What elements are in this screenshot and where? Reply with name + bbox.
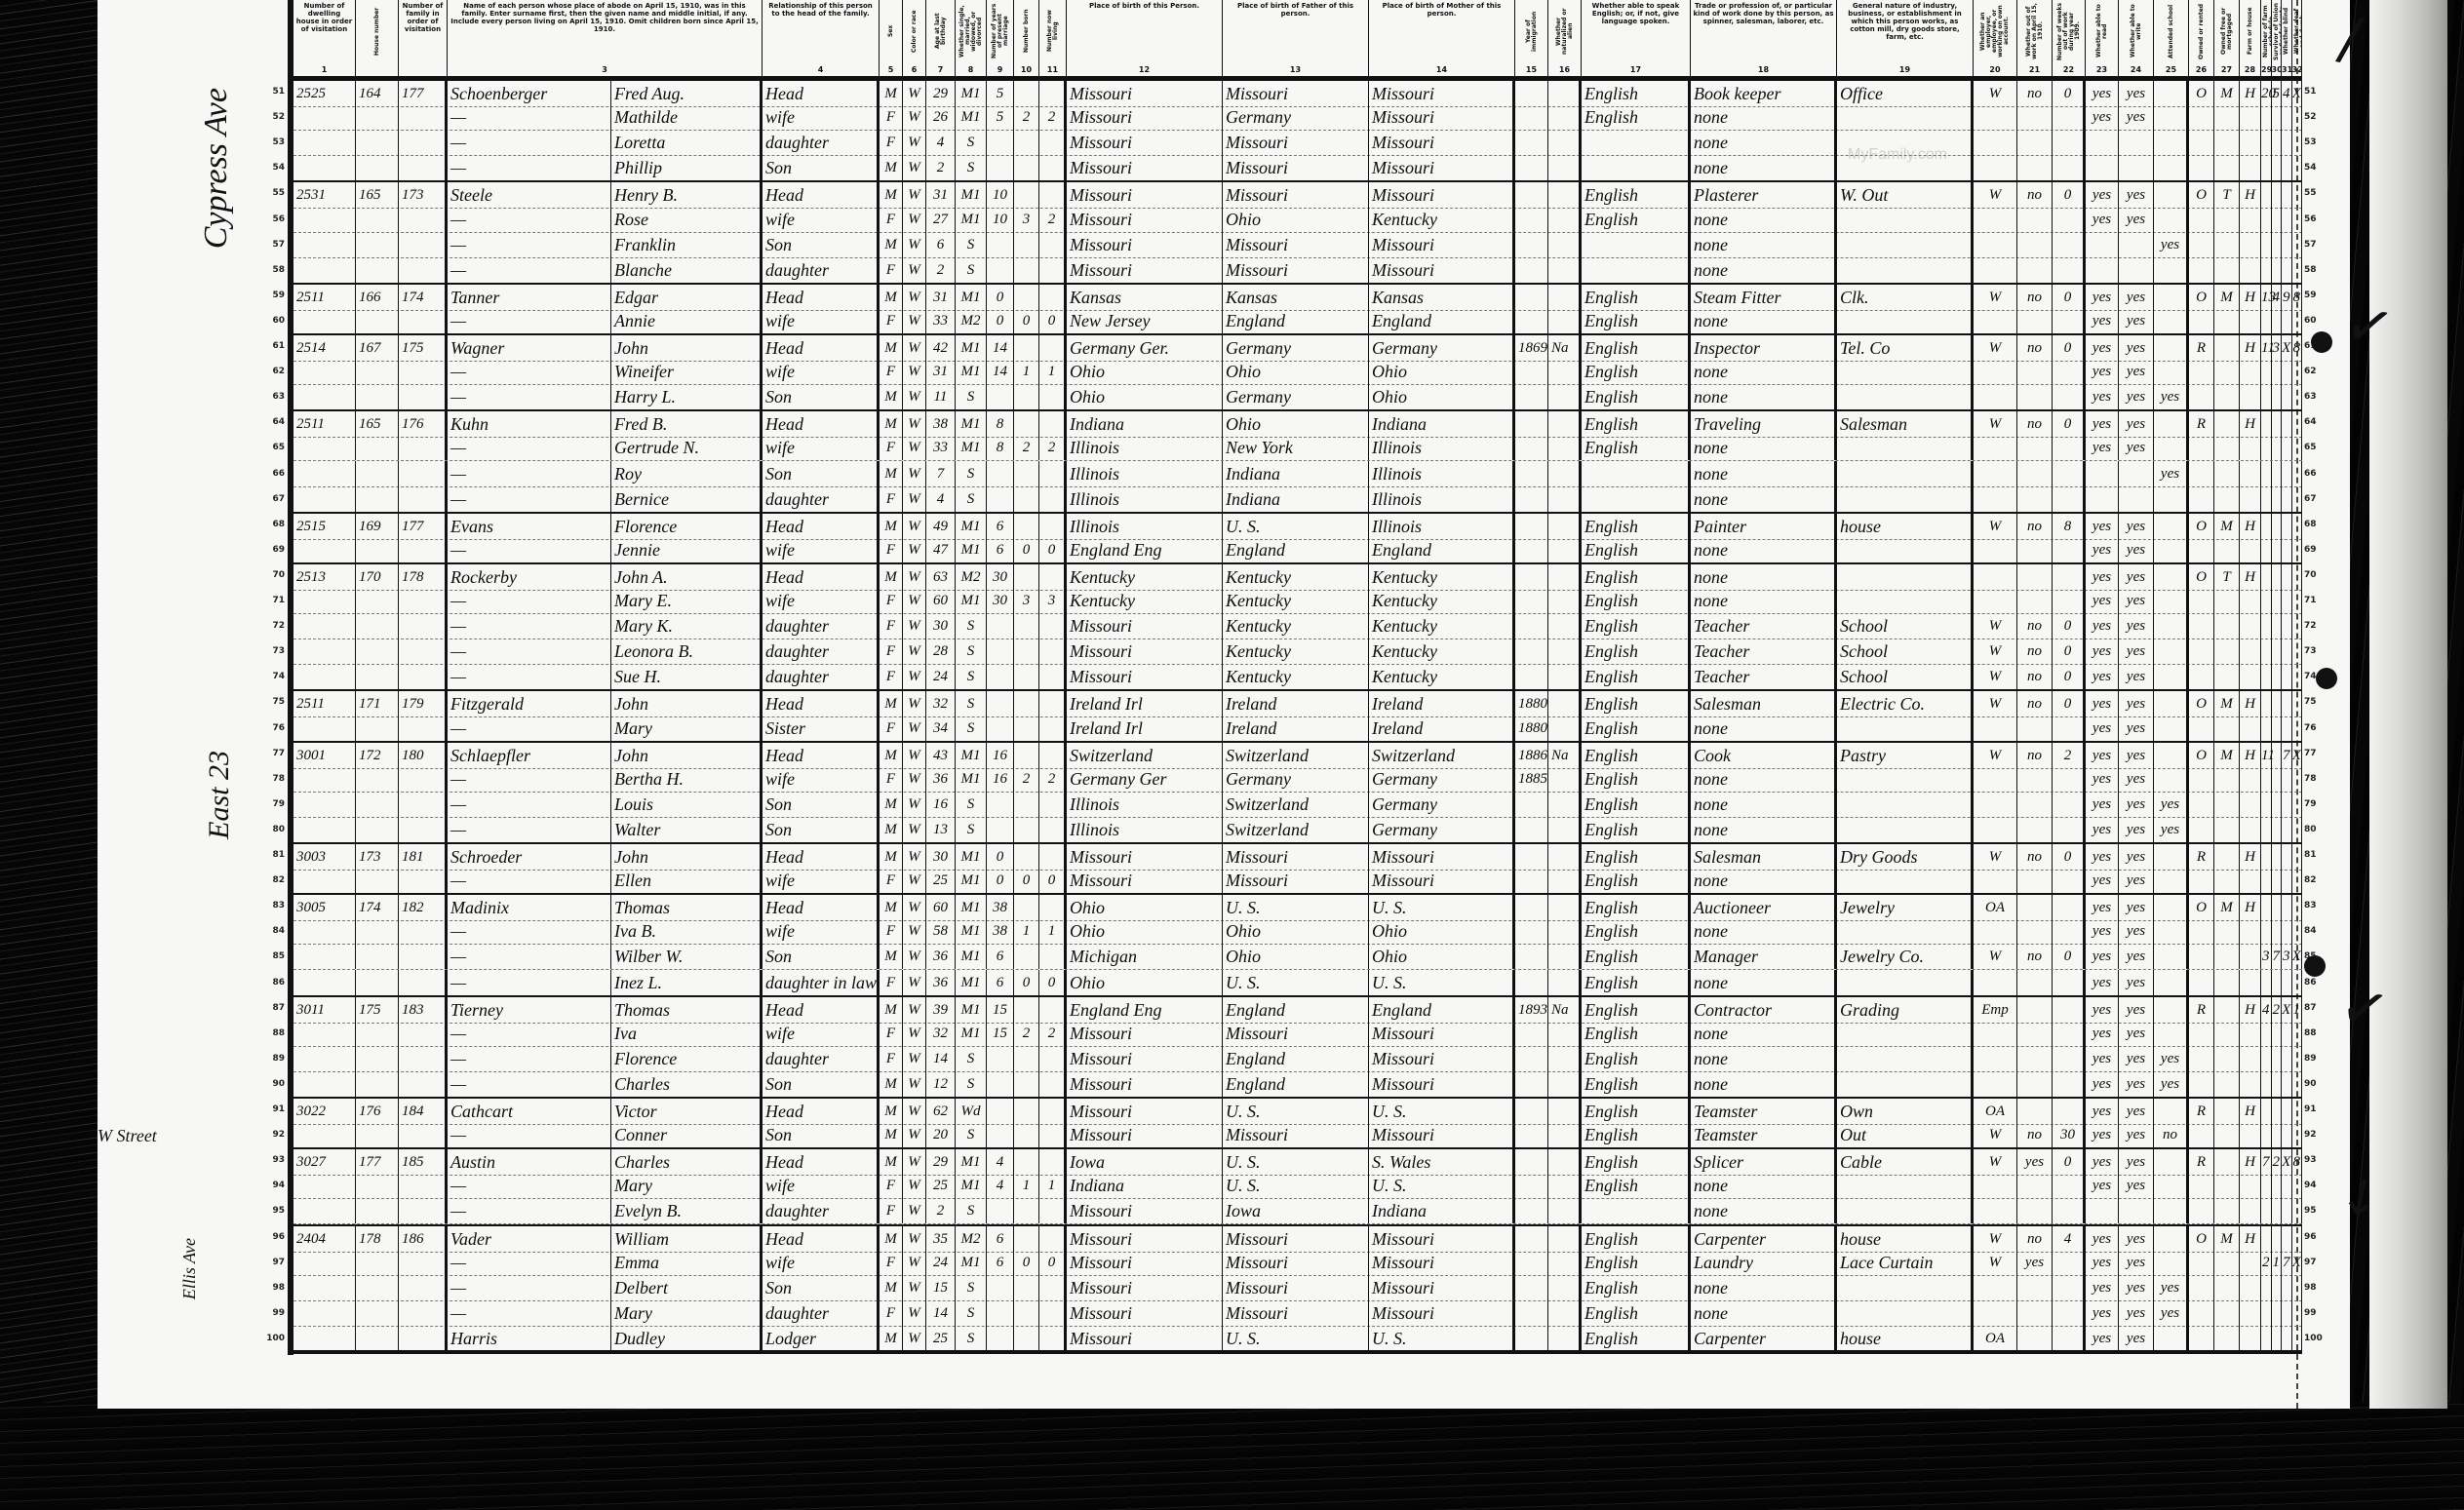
cell-living: 1	[1039, 1173, 1067, 1198]
cell-mbp: Missouri	[1369, 1226, 1515, 1252]
cell-out: no	[2017, 613, 2053, 639]
cell-fh: H	[2240, 514, 2261, 539]
cell-sch: yes	[2154, 1071, 2189, 1097]
cell-nat	[1548, 384, 1582, 409]
cell-occ: Traveling	[1691, 411, 1837, 437]
cell-emp: W	[1974, 743, 2017, 768]
cell-blind	[2282, 1173, 2292, 1198]
cell-mar: S	[956, 1071, 987, 1097]
cell-ind: Salesman	[1837, 411, 1974, 437]
cell-occ: Cook	[1691, 743, 1837, 768]
cell-bp: Missouri	[1067, 1099, 1223, 1124]
cell-eng: English	[1582, 918, 1691, 944]
street-note-w: W Street	[98, 1126, 157, 1146]
cell-bp: Missouri	[1067, 232, 1223, 257]
column-header-20: Whether an employer, employee, or workin…	[1974, 0, 2017, 76]
cell-race: W	[903, 232, 926, 257]
cell-occ: Manager	[1691, 944, 1837, 969]
column-header-26: Owned or rented26	[2189, 0, 2214, 76]
cell-surname: —	[448, 613, 611, 639]
cell-blind	[2282, 1021, 2292, 1046]
cell-given: Florence	[611, 514, 763, 539]
cell-mar: M1	[956, 81, 987, 106]
cell-read: yes	[2086, 411, 2119, 437]
cell-visit	[399, 130, 448, 155]
cell-given: Mary	[611, 1173, 763, 1198]
cell-sched	[2261, 844, 2272, 870]
census-row: 2525164177SchoenbergerFred Aug.HeadMW29M…	[293, 79, 2302, 107]
cell-occ: none	[1691, 537, 1837, 562]
cell-fbp: Missouri	[1223, 182, 1369, 208]
cell-nat	[1548, 359, 1582, 384]
cell-age: 12	[926, 1071, 956, 1097]
cell-fam	[356, 486, 399, 512]
cell-nat	[1548, 285, 1582, 310]
line-number: 89	[254, 1054, 285, 1064]
cell-own	[2189, 461, 2214, 486]
cell-fh	[2240, 1326, 2261, 1351]
cell-dwell: 3005	[293, 895, 356, 920]
cell-deaf: X	[2292, 944, 2303, 969]
cell-bp: Illinois	[1067, 817, 1223, 842]
cell-fam	[356, 1046, 399, 1071]
cell-dwell	[293, 1021, 356, 1046]
cell-rel: Head	[763, 895, 880, 920]
cell-visit	[399, 817, 448, 842]
cell-fh: H	[2240, 895, 2261, 920]
cell-mar: M1	[956, 944, 987, 969]
cell-mbp: Missouri	[1369, 868, 1515, 893]
cell-vet	[2272, 613, 2283, 639]
cell-born: 0	[1014, 970, 1039, 995]
cell-nat	[1548, 691, 1582, 716]
cell-ind: house	[1837, 514, 1974, 539]
cell-fbp: Ohio	[1223, 207, 1369, 232]
cell-imm	[1515, 461, 1548, 486]
cell-visit: 184	[399, 1099, 448, 1124]
cell-dwell	[293, 130, 356, 155]
cell-vet	[2272, 461, 2283, 486]
cell-sex: M	[880, 1226, 903, 1252]
cell-ind	[1837, 716, 1974, 741]
cell-yrs: 15	[987, 1021, 1014, 1046]
column-header-4: Relationship of this person to the head …	[763, 0, 880, 76]
cell-fh	[2240, 308, 2261, 333]
cell-rel: Head	[763, 691, 880, 716]
cell-out	[2017, 207, 2053, 232]
cell-given: Henry B.	[611, 182, 763, 208]
cell-mort	[2214, 868, 2240, 893]
line-number: 93	[2304, 1155, 2335, 1165]
cell-fbp: Missouri	[1223, 130, 1369, 155]
cell-blind: 3	[2282, 944, 2292, 969]
cell-eng: English	[1582, 1250, 1691, 1275]
cell-fbp: New York	[1223, 435, 1369, 460]
cell-bp: Missouri	[1067, 182, 1223, 208]
cell-given: Charles	[611, 1071, 763, 1097]
cell-mort	[2214, 486, 2240, 512]
cell-fbp: Ireland	[1223, 716, 1369, 741]
cell-blind: 9	[2282, 285, 2292, 310]
cell-read: yes	[2086, 514, 2119, 539]
cell-occ: Teacher	[1691, 664, 1837, 689]
cell-bp: Illinois	[1067, 514, 1223, 539]
cell-nat	[1548, 868, 1582, 893]
cell-sex: M	[880, 335, 903, 361]
cell-mort	[2214, 817, 2240, 842]
cell-mort	[2214, 1046, 2240, 1071]
cell-emp: W	[1974, 1122, 2017, 1147]
cell-yrs	[987, 716, 1014, 741]
cell-wks: 0	[2053, 411, 2086, 437]
cell-write: yes	[2119, 792, 2154, 817]
column-number: 26	[2189, 66, 2213, 74]
cell-living	[1039, 486, 1067, 512]
cell-age: 2	[926, 1198, 956, 1223]
cell-out	[2017, 537, 2053, 562]
cell-surname: Evans	[448, 514, 611, 539]
cell-surname: —	[448, 1173, 611, 1198]
cell-living	[1039, 1046, 1067, 1071]
cell-rel: Head	[763, 182, 880, 208]
cell-sch	[2154, 359, 2189, 384]
cell-vet	[2272, 104, 2283, 130]
cell-deaf	[2292, 1275, 2303, 1300]
cell-mar: S	[956, 817, 987, 842]
cell-own	[2189, 1122, 2214, 1147]
cell-imm	[1515, 359, 1548, 384]
cell-born: 1	[1014, 359, 1039, 384]
cell-born: 1	[1014, 918, 1039, 944]
cell-given: Florence	[611, 1046, 763, 1071]
cell-visit	[399, 716, 448, 741]
cell-rel: wife	[763, 308, 880, 333]
line-number: 91	[2304, 1104, 2335, 1114]
cell-sch	[2154, 868, 2189, 893]
column-number: 3	[448, 66, 762, 74]
census-row: 2531165173SteeleHenry B.HeadMW31M110Miss…	[293, 180, 2302, 209]
line-number: 52	[254, 112, 285, 122]
cell-sch	[2154, 691, 2189, 716]
cell-bp: Ireland Irl	[1067, 716, 1223, 741]
cell-occ: none	[1691, 130, 1837, 155]
cell-mar: S	[956, 691, 987, 716]
column-header-label: Year of immigration	[1526, 2, 1538, 60]
line-number: 65	[2304, 443, 2335, 452]
punch-hole	[2316, 668, 2337, 689]
cell-fh	[2240, 130, 2261, 155]
cell-deaf	[2292, 182, 2303, 208]
cell-out	[2017, 716, 2053, 741]
cell-age: 24	[926, 1250, 956, 1275]
column-header-label: General nature of industry, business, or…	[1848, 2, 1962, 41]
column-header-label: Whether deaf and dumb	[2294, 2, 2303, 60]
cell-living: 2	[1039, 766, 1067, 792]
cell-eng: English	[1582, 664, 1691, 689]
cell-race: W	[903, 664, 926, 689]
cell-sex: F	[880, 359, 903, 384]
cell-age: 33	[926, 308, 956, 333]
cell-bp: Iowa	[1067, 1149, 1223, 1175]
cell-rel: wife	[763, 1021, 880, 1046]
cell-nat	[1548, 1046, 1582, 1071]
cell-imm	[1515, 1046, 1548, 1071]
cell-out: no	[2017, 411, 2053, 437]
cell-eng: English	[1582, 1173, 1691, 1198]
cell-race: W	[903, 588, 926, 613]
cell-born	[1014, 285, 1039, 310]
cell-occ: Laundry	[1691, 1250, 1837, 1275]
cell-living	[1039, 1149, 1067, 1175]
cell-yrs	[987, 1046, 1014, 1071]
cell-fh	[2240, 537, 2261, 562]
cell-sched	[2261, 1326, 2272, 1351]
cell-mbp: Missouri	[1369, 1300, 1515, 1326]
cell-deaf	[2292, 232, 2303, 257]
cell-living	[1039, 411, 1067, 437]
cell-own	[2189, 588, 2214, 613]
cell-mar: S	[956, 716, 987, 741]
cell-given: Mary K.	[611, 613, 763, 639]
cell-deaf	[2292, 817, 2303, 842]
cell-surname: —	[448, 232, 611, 257]
cell-sch	[2154, 766, 2189, 792]
cell-blind	[2282, 384, 2292, 409]
column-header-7: Age at last birthday7	[926, 0, 956, 76]
cell-mort	[2214, 664, 2240, 689]
cell-own	[2189, 1326, 2214, 1351]
cell-write: yes	[2119, 1226, 2154, 1252]
cell-ind	[1837, 104, 1974, 130]
cell-fh	[2240, 1275, 2261, 1300]
cell-living: 0	[1039, 1250, 1067, 1275]
cell-occ: none	[1691, 1173, 1837, 1198]
cell-mbp: Kentucky	[1369, 639, 1515, 664]
cell-read: yes	[2086, 743, 2119, 768]
cell-race: W	[903, 257, 926, 283]
cell-born	[1014, 743, 1039, 768]
cell-yrs: 6	[987, 944, 1014, 969]
line-number: 91	[254, 1104, 285, 1114]
census-row: 2511166174TannerEdgarHeadMW31M10KansasKa…	[293, 283, 2302, 311]
cell-nat	[1548, 1326, 1582, 1351]
cell-yrs: 15	[987, 997, 1014, 1023]
cell-sex: M	[880, 182, 903, 208]
cell-bp: Missouri	[1067, 1071, 1223, 1097]
cell-mort	[2214, 1326, 2240, 1351]
cell-age: 27	[926, 207, 956, 232]
cell-born	[1014, 639, 1039, 664]
cell-yrs: 30	[987, 588, 1014, 613]
cell-mar: M1	[956, 868, 987, 893]
cell-sch: yes	[2154, 1275, 2189, 1300]
cell-given: Louis	[611, 792, 763, 817]
census-row: —ConnerSonMW20SMissouriMissouriMissouriE…	[293, 1122, 2302, 1148]
cell-dwell	[293, 257, 356, 283]
cell-ind: School	[1837, 639, 1974, 664]
column-header-label: Farm or house	[2248, 2, 2253, 60]
line-number: 85	[254, 951, 285, 961]
cell-ind: School	[1837, 613, 1974, 639]
line-number: 98	[2304, 1283, 2335, 1293]
cell-living: 0	[1039, 868, 1067, 893]
cell-vet	[2272, 970, 2283, 995]
cell-deaf	[2292, 664, 2303, 689]
cell-living	[1039, 130, 1067, 155]
cell-mbp: England	[1369, 997, 1515, 1023]
cell-living	[1039, 664, 1067, 689]
cell-sex: F	[880, 868, 903, 893]
cell-occ: none	[1691, 359, 1837, 384]
cell-mbp: Ohio	[1369, 944, 1515, 969]
cell-blind: X	[2282, 335, 2292, 361]
cell-bp: Missouri	[1067, 639, 1223, 664]
cell-own	[2189, 359, 2214, 384]
cell-born: 0	[1014, 1250, 1039, 1275]
cell-fbp: Kentucky	[1223, 639, 1369, 664]
cell-race: W	[903, 792, 926, 817]
cell-emp: Emp	[1974, 997, 2017, 1023]
cell-write: yes	[2119, 285, 2154, 310]
census-row: —JenniewifeFW47M1600England EngEnglandEn…	[293, 537, 2302, 563]
cell-deaf: 8	[2292, 335, 2303, 361]
cell-write: yes	[2119, 918, 2154, 944]
census-row: 2513170178RockerbyJohn A.HeadMW63M230Ken…	[293, 562, 2302, 591]
cell-given: John	[611, 743, 763, 768]
cell-rel: daughter in law	[763, 970, 880, 995]
cell-vet	[2272, 1275, 2283, 1300]
cell-wks	[2053, 1275, 2086, 1300]
cell-own	[2189, 792, 2214, 817]
cell-mbp: Missouri	[1369, 257, 1515, 283]
cell-own: R	[2189, 844, 2214, 870]
cell-deaf	[2292, 486, 2303, 512]
cell-sex: M	[880, 461, 903, 486]
cell-bp: Missouri	[1067, 155, 1223, 180]
cell-sex: F	[880, 613, 903, 639]
cell-vet	[2272, 359, 2283, 384]
cell-mar: S	[956, 1300, 987, 1326]
cell-write: yes	[2119, 81, 2154, 106]
cell-fh	[2240, 1173, 2261, 1198]
cell-given: Rose	[611, 207, 763, 232]
column-header-label: Whether able to speak English; or, if no…	[1592, 2, 1680, 25]
cell-vet	[2272, 588, 2283, 613]
cell-fbp: Switzerland	[1223, 817, 1369, 842]
cell-living	[1039, 844, 1067, 870]
cell-born	[1014, 461, 1039, 486]
cell-nat	[1548, 435, 1582, 460]
cell-read: yes	[2086, 207, 2119, 232]
cell-mbp: Illinois	[1369, 514, 1515, 539]
cell-bp: Ohio	[1067, 384, 1223, 409]
cell-nat: Na	[1548, 335, 1582, 361]
line-number: 74	[254, 672, 285, 681]
cell-fbp: Missouri	[1223, 1122, 1369, 1147]
cell-fh: H	[2240, 564, 2261, 590]
cell-wks	[2053, 1250, 2086, 1275]
census-row: —MarywifeFW25M1411IndianaU. S.U. S.Engli…	[293, 1173, 2302, 1199]
cell-surname: —	[448, 817, 611, 842]
cell-mort	[2214, 716, 2240, 741]
cell-rel: wife	[763, 918, 880, 944]
cell-eng	[1582, 461, 1691, 486]
cell-bp: Missouri	[1067, 1250, 1223, 1275]
cell-vet	[2272, 1021, 2283, 1046]
cell-born: 3	[1014, 207, 1039, 232]
cell-fbp: Missouri	[1223, 257, 1369, 283]
cell-write: yes	[2119, 1275, 2154, 1300]
cell-given: Mathilde	[611, 104, 763, 130]
cell-mar: S	[956, 664, 987, 689]
cell-dwell	[293, 868, 356, 893]
cell-given: Dudley	[611, 1326, 763, 1351]
cell-ind	[1837, 1071, 1974, 1097]
line-number: 96	[254, 1232, 285, 1242]
cell-deaf	[2292, 1099, 2303, 1124]
column-header-12: Place of birth of this Person.12	[1067, 0, 1223, 76]
cell-ind: W. Out	[1837, 182, 1974, 208]
cell-occ: Auctioneer	[1691, 895, 1837, 920]
cell-dwell	[293, 716, 356, 741]
cell-write: yes	[2119, 1326, 2154, 1351]
cell-dwell	[293, 359, 356, 384]
cell-deaf	[2292, 1173, 2303, 1198]
cell-yrs: 10	[987, 182, 1014, 208]
cell-race: W	[903, 1149, 926, 1175]
cell-deaf	[2292, 435, 2303, 460]
cell-blind	[2282, 435, 2292, 460]
cell-nat: Na	[1548, 997, 1582, 1023]
column-number: 13	[1223, 66, 1368, 74]
cell-mort	[2214, 1250, 2240, 1275]
cell-eng: English	[1582, 716, 1691, 741]
census-row: —EmmawifeFW24M1600MissouriMissouriMissou…	[293, 1250, 2302, 1276]
cell-yrs: 6	[987, 1226, 1014, 1252]
cell-wks	[2053, 130, 2086, 155]
cell-dwell	[293, 1326, 356, 1351]
cell-fam	[356, 639, 399, 664]
cell-bp: Ohio	[1067, 359, 1223, 384]
cell-emp: W	[1974, 664, 2017, 689]
cell-dwell: 2511	[293, 691, 356, 716]
cell-occ: Carpenter	[1691, 1326, 1837, 1351]
census-row: 2511165176KuhnFred B.HeadMW38M18IndianaO…	[293, 409, 2302, 438]
cell-eng: English	[1582, 207, 1691, 232]
cell-fam	[356, 817, 399, 842]
column-header-label: Whether naturalized or alien	[1556, 2, 1574, 60]
cell-out: no	[2017, 335, 2053, 361]
cell-eng	[1582, 232, 1691, 257]
census-row: —Inez L.daughter in lawFW36M1600OhioU. S…	[293, 970, 2302, 996]
cell-deaf	[2292, 691, 2303, 716]
cell-dwell	[293, 384, 356, 409]
column-header-17: Whether able to speak English; or, if no…	[1582, 0, 1691, 76]
cell-sch	[2154, 1021, 2189, 1046]
cell-wks	[2053, 1099, 2086, 1124]
cell-imm	[1515, 182, 1548, 208]
cell-race: W	[903, 1198, 926, 1223]
cell-dwell	[293, 435, 356, 460]
cell-given: Victor	[611, 1099, 763, 1124]
cell-imm	[1515, 1250, 1548, 1275]
cell-race: W	[903, 308, 926, 333]
cell-own: R	[2189, 1149, 2214, 1175]
cell-ind	[1837, 130, 1974, 155]
cell-fh	[2240, 1300, 2261, 1326]
cell-sched: 13	[2261, 285, 2272, 310]
cell-rel: Head	[763, 1226, 880, 1252]
